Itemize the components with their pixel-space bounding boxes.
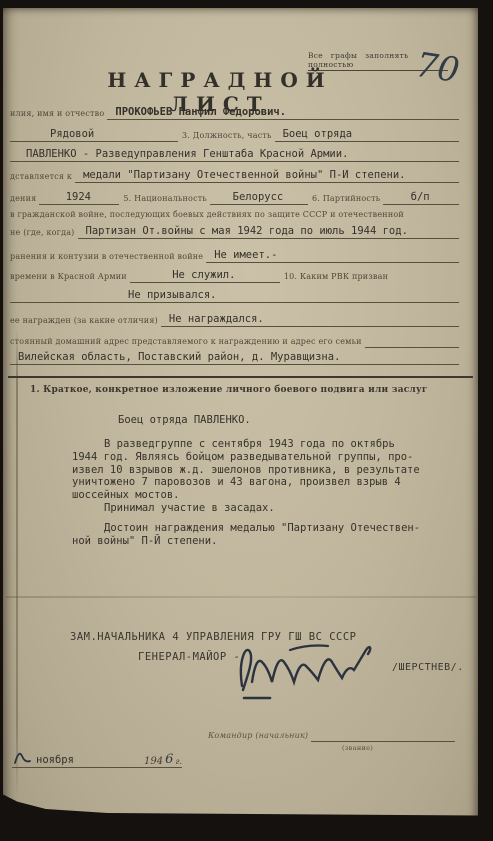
merit-line: извел 10 взрывов ж.д. эшелонов противник… (72, 464, 466, 477)
field-nationality-value: Белорусс (210, 191, 308, 205)
field-army: времени в Красной Армии Не служил. 10. К… (10, 265, 459, 283)
field-position-value-cont: ПАВЛЕНКО - Разведуправления Генштаба Кра… (10, 148, 459, 162)
field-position-value: Боец отряда (275, 128, 459, 142)
date-month: ноября (34, 754, 80, 767)
field-wounds: ранения и контузии в отечественной войне… (10, 245, 459, 263)
section-divider-rule (8, 376, 473, 378)
horizontal-fold-crease (6, 596, 476, 598)
field-service-label2: не (где, когда) (10, 228, 78, 239)
field-service: не (где, когда) Партизан От.войны с мая … (10, 221, 459, 239)
field-name-label: илия, имя и отчество (10, 109, 107, 120)
merit-line: В разведгруппе с сентября 1943 года по о… (72, 438, 466, 451)
field-rank-position: Рядовой 3. Должность, часть Боец отряда (10, 124, 459, 142)
field-address-value: Вилейская область, Поставский район, д. … (10, 351, 459, 365)
date-row: ноября 194 6 г. (12, 750, 182, 768)
merit-line: шоссейных мостов. (72, 489, 466, 502)
signature-scribble-icon (232, 630, 392, 708)
field-party-label: 6. Партийность (308, 194, 383, 205)
date-year-printed: 194 (144, 756, 163, 767)
field-prev-awards-value: Не награждался. (161, 313, 459, 327)
date-year-handwritten: 6 (163, 752, 175, 767)
field-service-label-row: в гражданской войне, последующих боевых … (10, 207, 459, 221)
field-position-cont: ПАВЛЕНКО - Разведуправления Генштаба Кра… (10, 144, 459, 162)
field-service-value: Партизан От.войны с мая 1942 года по июл… (78, 225, 460, 239)
field-wounds-label: ранения и контузии в отечественной войне (10, 252, 206, 263)
merit-line: уничтожено 7 паровозов и 43 вагона, прои… (72, 476, 466, 489)
field-award: дставляется к медали "Партизану Отечеств… (10, 165, 459, 183)
field-nationality-label: 5. Национальность (119, 194, 210, 205)
field-position-label: 3. Должность, часть (178, 131, 275, 142)
scanned-award-document: Все графы заполнять полностью 70 НАГРАДН… (0, 0, 493, 841)
field-rvk-label: 10. Каким РВК призван (280, 272, 391, 283)
commander-signature-blank (311, 729, 455, 742)
field-award-value: медали "Партизану Отечественной войны" П… (75, 169, 459, 183)
field-service-label: в гражданской войне, последующих боевых … (10, 210, 407, 221)
commander-label: Командир (начальник) (208, 731, 311, 742)
field-award-label: дставляется к (10, 172, 75, 183)
field-birth-value: 1924 (39, 191, 119, 205)
merit-conclusion: Достоин награждения медалью "Партизану О… (72, 522, 466, 548)
field-party-value: б/п (383, 191, 459, 205)
merit-paragraph: В разведгруппе с сентября 1943 года по о… (72, 438, 466, 502)
merit-line: Достоин награждения медалью "Партизану О… (72, 522, 466, 535)
merit-section-heading: 1. Краткое, конкретное изложение личного… (30, 385, 428, 395)
handwritten-day-mark-icon (12, 747, 34, 767)
vertical-crease (16, 328, 18, 798)
field-address: Вилейская область, Поставский район, д. … (10, 347, 459, 365)
field-army-value: Не служил. (130, 269, 280, 283)
signer-surname: /ШЕРСТНЕВ/. (392, 662, 464, 673)
merit-line: 1944 год. Являясь бойцом разведывательно… (72, 451, 466, 464)
field-rank-value: Рядовой (10, 128, 178, 142)
date-year-suffix: г. (175, 757, 182, 767)
field-name-value: ПРОКОФЬЕВ Панфил Федорович. (107, 106, 459, 120)
field-birth-label: дения (10, 194, 39, 205)
commander-signature-row: Командир (начальник) (208, 728, 455, 742)
field-address-label-row: стоянный домашний адрес представляемого … (10, 330, 459, 348)
rank-hint-label: (звание) (342, 744, 373, 752)
field-rvk: Не призывался. (10, 285, 459, 303)
field-rvk-value: Не призывался. (10, 289, 459, 303)
field-wounds-value: Не имеет.- (206, 249, 459, 263)
signer-rank: ГЕНЕРАЛ-МАЙОР - (138, 651, 240, 663)
merit-ambush: Принимал участие в засадах. (72, 502, 275, 515)
field-prev-awards-label: ее награжден (за какие отличия) (10, 316, 161, 327)
field-army-label: времени в Красной Армии (10, 272, 130, 283)
field-prev-awards: ее награжден (за какие отличия) Не награ… (10, 309, 459, 327)
field-name: илия, имя и отчество ПРОКОФЬЕВ Панфил Фе… (10, 102, 459, 120)
merit-line: ной войны" П-Й степени. (72, 535, 466, 548)
handwritten-page-number: 70 (413, 45, 462, 91)
field-birth-nationality-party: дения 1924 5. Национальность Белорусс 6.… (10, 187, 459, 205)
merit-intro: Боец отряда ПАВЛЕНКО. (118, 414, 251, 427)
